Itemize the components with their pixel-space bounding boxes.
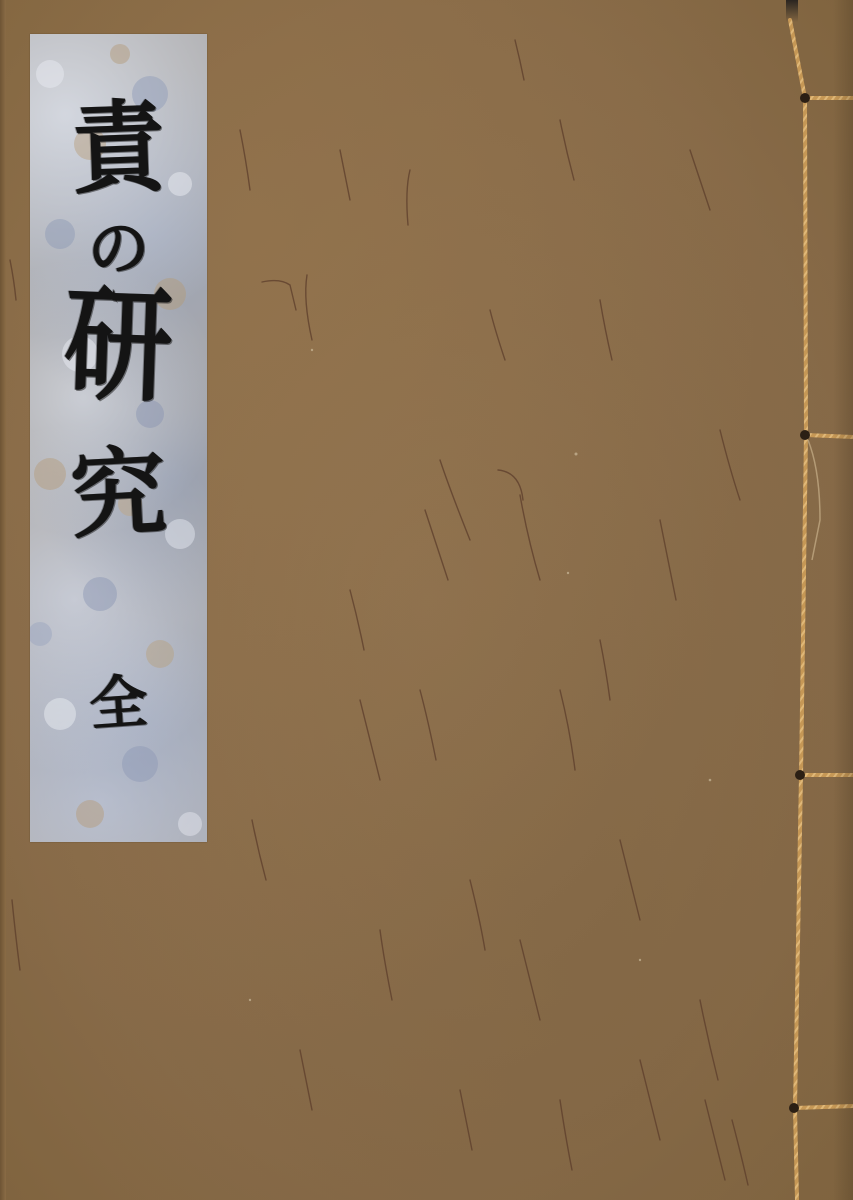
title-char-kyu: 究: [30, 441, 207, 546]
title-char-ken: 研: [30, 281, 207, 411]
title-slip: 責 の 研 究 全: [30, 34, 207, 842]
book-cover: 責 の 研 究 全: [0, 0, 853, 1200]
volume-mark-zen: 全: [30, 668, 207, 738]
spine-edge: [833, 0, 853, 1200]
title-char-seki: 責: [33, 95, 204, 201]
